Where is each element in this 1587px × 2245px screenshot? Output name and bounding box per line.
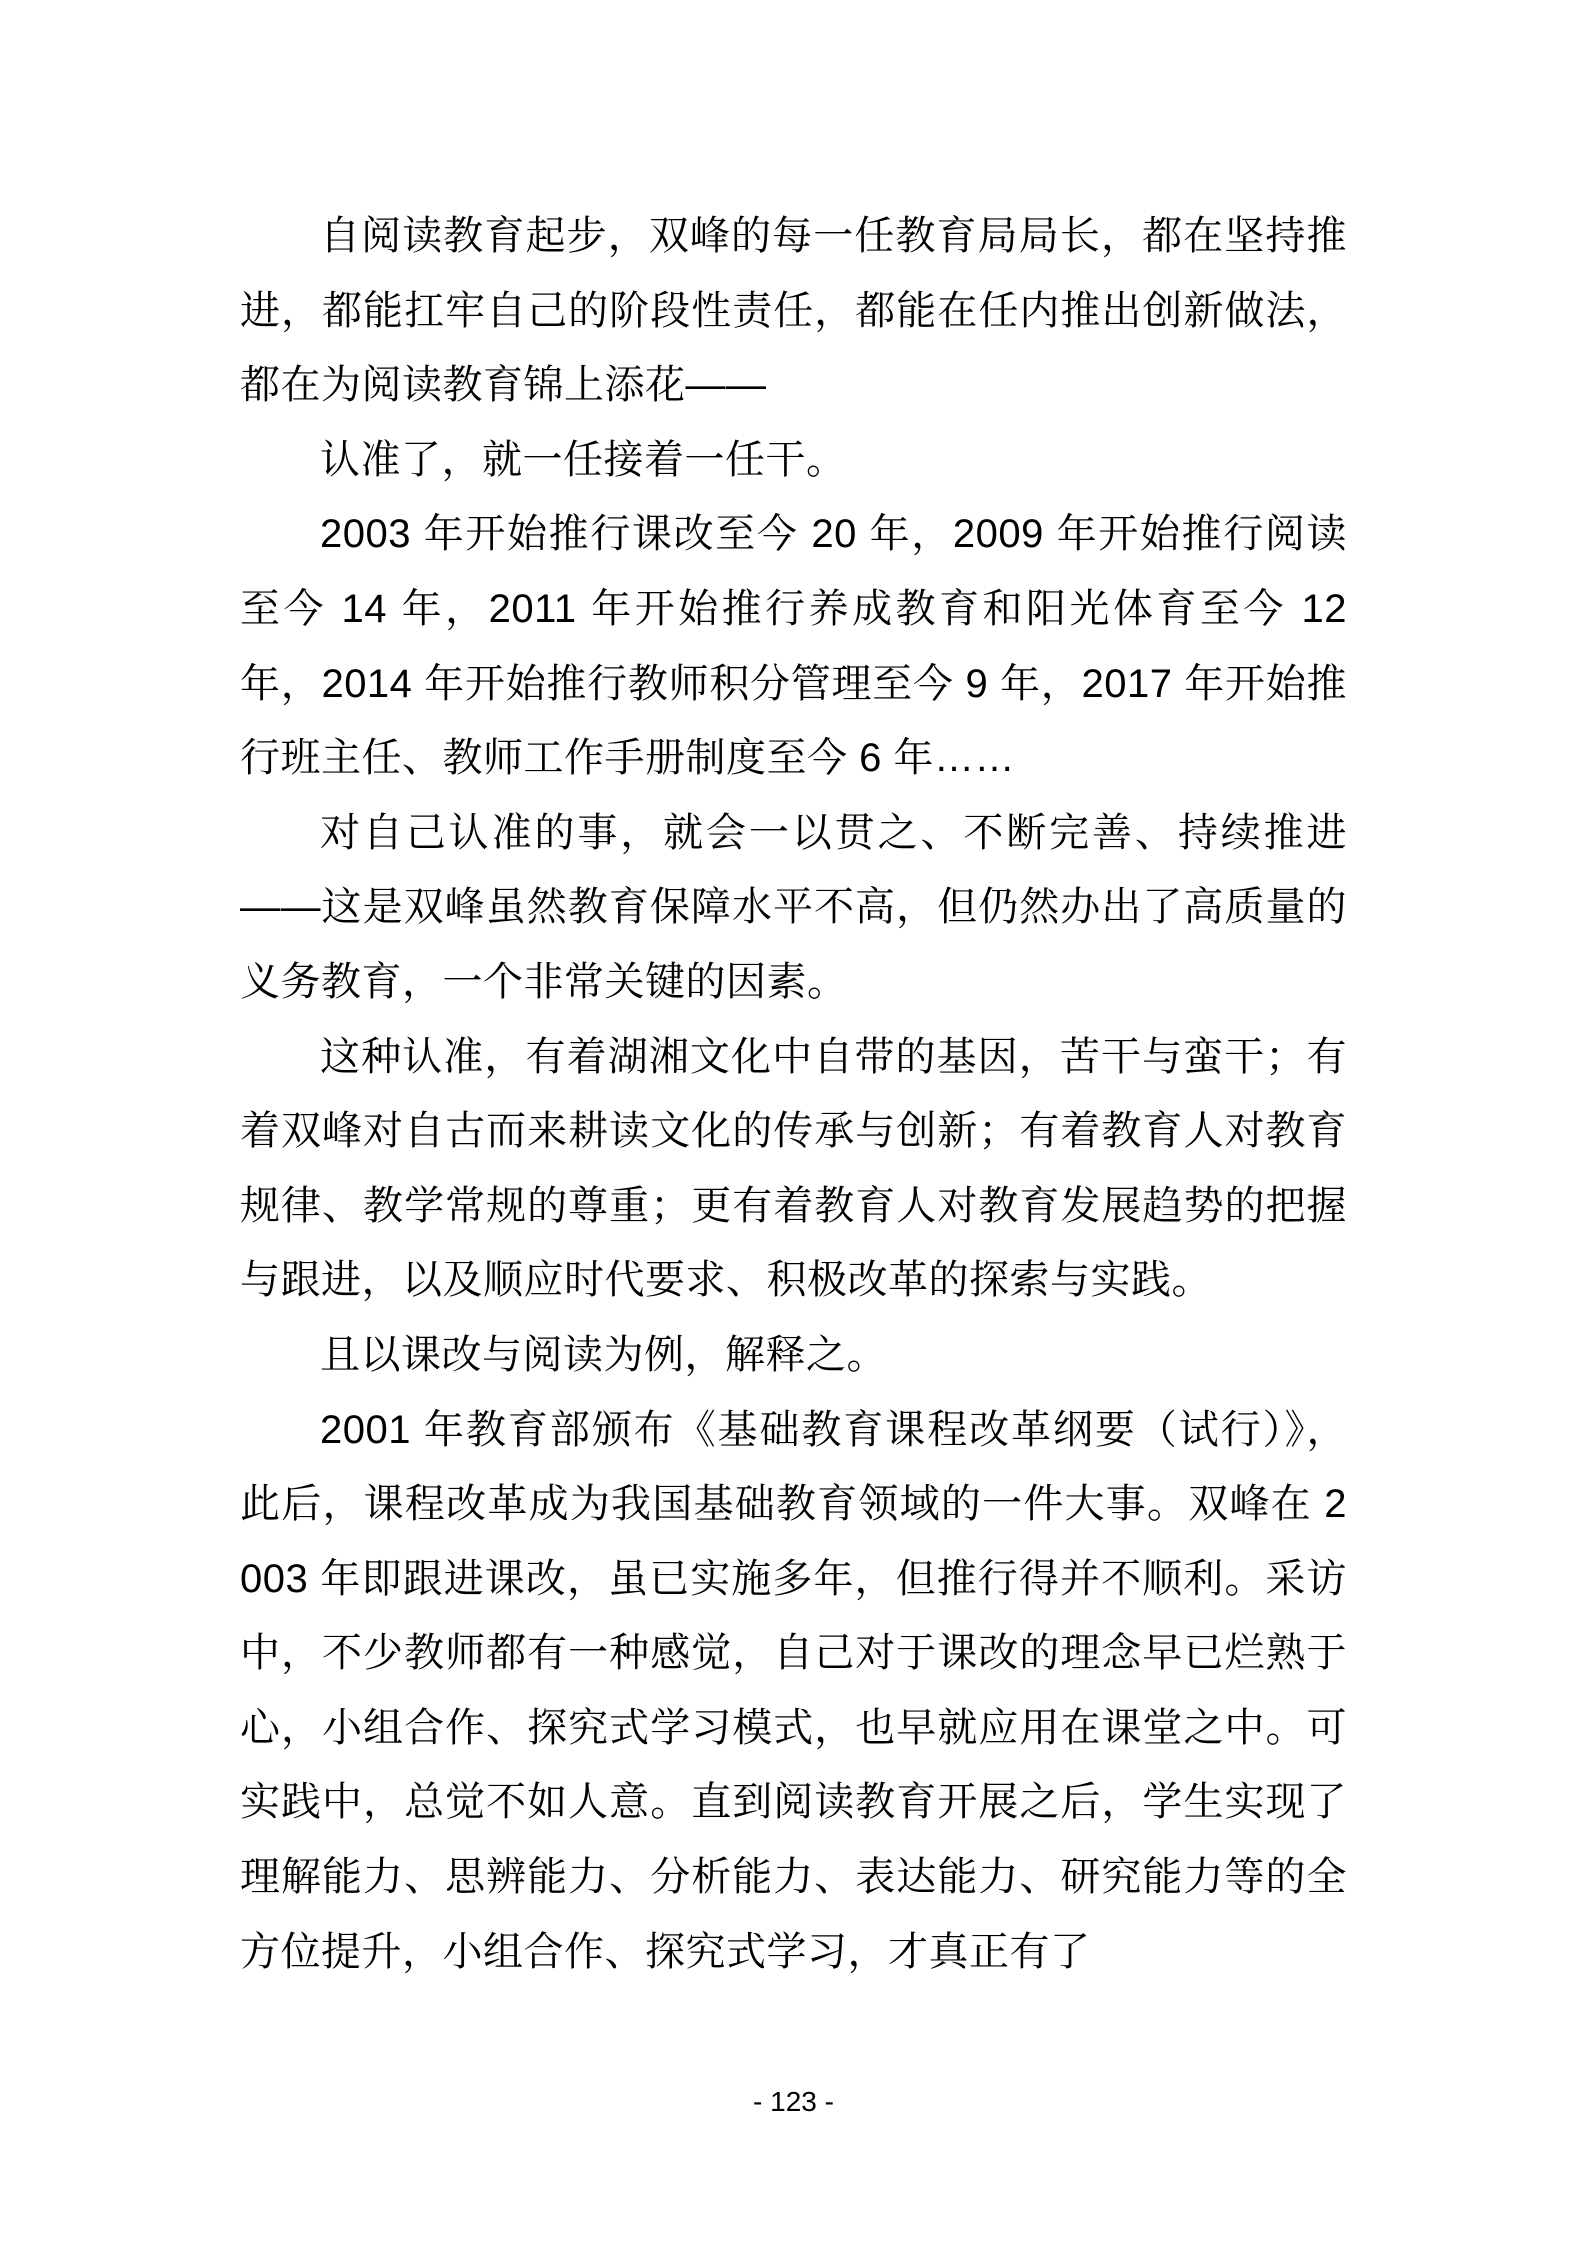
paragraph: 自阅读教育起步，双峰的每一任教育局局长，都在坚持推进，都能扛牢自己的阶段性责任，… (240, 199, 1347, 423)
page-number: - 123 - (0, 2082, 1587, 2122)
page-body-text: 自阅读教育起步，双峰的每一任教育局局长，都在坚持推进，都能扛牢自己的阶段性责任，… (240, 199, 1347, 1989)
paragraph: 且以课改与阅读为例，解释之。 (240, 1318, 1347, 1393)
paragraph: 认准了，就一任接着一任干。 (240, 423, 1347, 498)
paragraph: 2003 年开始推行课改至今 20 年，2009 年开始推行阅读至今 14 年，… (240, 497, 1347, 795)
document-page: 自阅读教育起步，双峰的每一任教育局局长，都在坚持推进，都能扛牢自己的阶段性责任，… (0, 0, 1587, 2245)
paragraph: 对自己认准的事，就会一以贯之、不断完善、持续推进——这是双峰虽然教育保障水平不高… (240, 796, 1347, 1020)
paragraph: 这种认准，有着湖湘文化中自带的基因，苦干与蛮干；有着双峰对自古而来耕读文化的传承… (240, 1020, 1347, 1318)
paragraph: 2001 年教育部颁布《基础教育课程改革纲要（试行）》，此后，课程改革成为我国基… (240, 1393, 1347, 1990)
